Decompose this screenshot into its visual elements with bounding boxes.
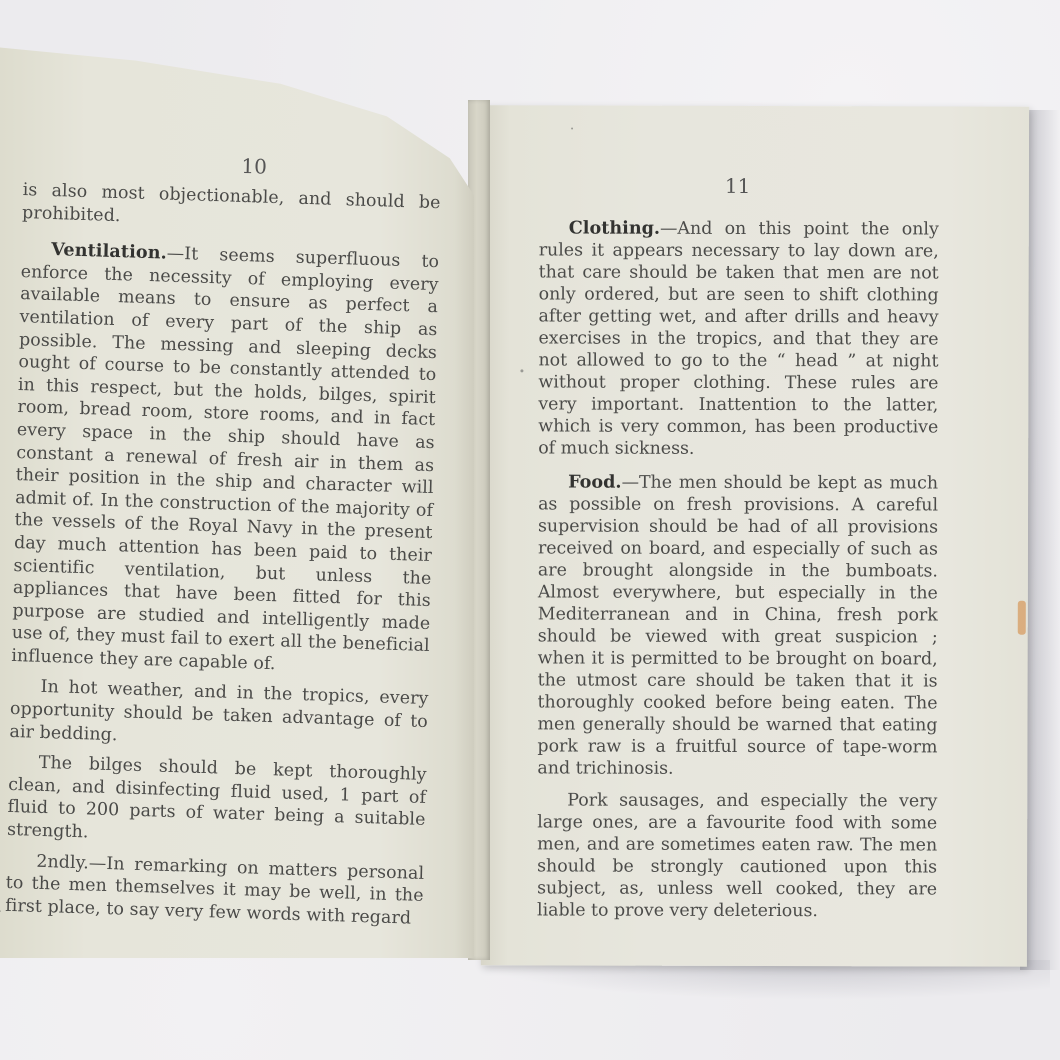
paragraph-text: —It seems superfluous to enforce the nec… <box>11 244 439 674</box>
paragraph-hot-weather: In hot weather, and in the tropics, ever… <box>9 675 428 756</box>
paragraph-2ndly: 2ndly.—In remarking on matters personal … <box>5 849 424 930</box>
paragraph-text: —The men should be kept as much as possi… <box>537 473 938 779</box>
paper-speck <box>520 369 523 372</box>
page-number: 11 <box>725 174 751 198</box>
left-page-body: is also most objectionable, and should b… <box>5 179 441 938</box>
paragraph-ventilation: Ventilation.—It seems superfluous to enf… <box>11 238 439 680</box>
paper-speck <box>571 128 573 130</box>
paragraph-text: 2ndly.—In remarking on matters personal … <box>5 851 424 928</box>
paragraph-food: Food.—The men should be kept as much as … <box>537 471 938 780</box>
section-heading-ventilation: Ventilation. <box>51 239 167 264</box>
paragraph-text: In hot weather, and in the tropics, ever… <box>9 677 428 745</box>
section-heading-food: Food. <box>568 472 621 493</box>
paragraph-text: is also most objectionable, and should b… <box>22 180 441 226</box>
right-page: 11 Clothing.—And on this point the only … <box>481 105 1029 966</box>
page-footer-fragment: to— <box>0 900 1 921</box>
right-page-body: Clothing.—And on this point the only rul… <box>537 217 939 934</box>
left-page-content: 10 is also most objectionable, and shoul… <box>0 138 460 153</box>
paragraph-text: Pork sausages, and especially the very l… <box>537 791 937 922</box>
paragraph-continued: is also most objectionable, and should b… <box>22 179 441 237</box>
left-page: 10 is also most objectionable, and shoul… <box>0 28 474 958</box>
paper-stain <box>1018 601 1026 635</box>
page-number: 10 <box>241 154 267 179</box>
paragraph-bilges: The bilges should be kept thoroughly cle… <box>7 751 427 854</box>
paragraph-text: The bilges should be kept thoroughly cle… <box>7 753 427 842</box>
paragraph-text: —And on this point the only rules it app… <box>538 219 939 459</box>
paragraph-pork-sausages: Pork sausages, and especially the very l… <box>537 789 937 922</box>
section-heading-clothing: Clothing. <box>569 218 660 239</box>
paragraph-clothing: Clothing.—And on this point the only rul… <box>538 217 939 460</box>
